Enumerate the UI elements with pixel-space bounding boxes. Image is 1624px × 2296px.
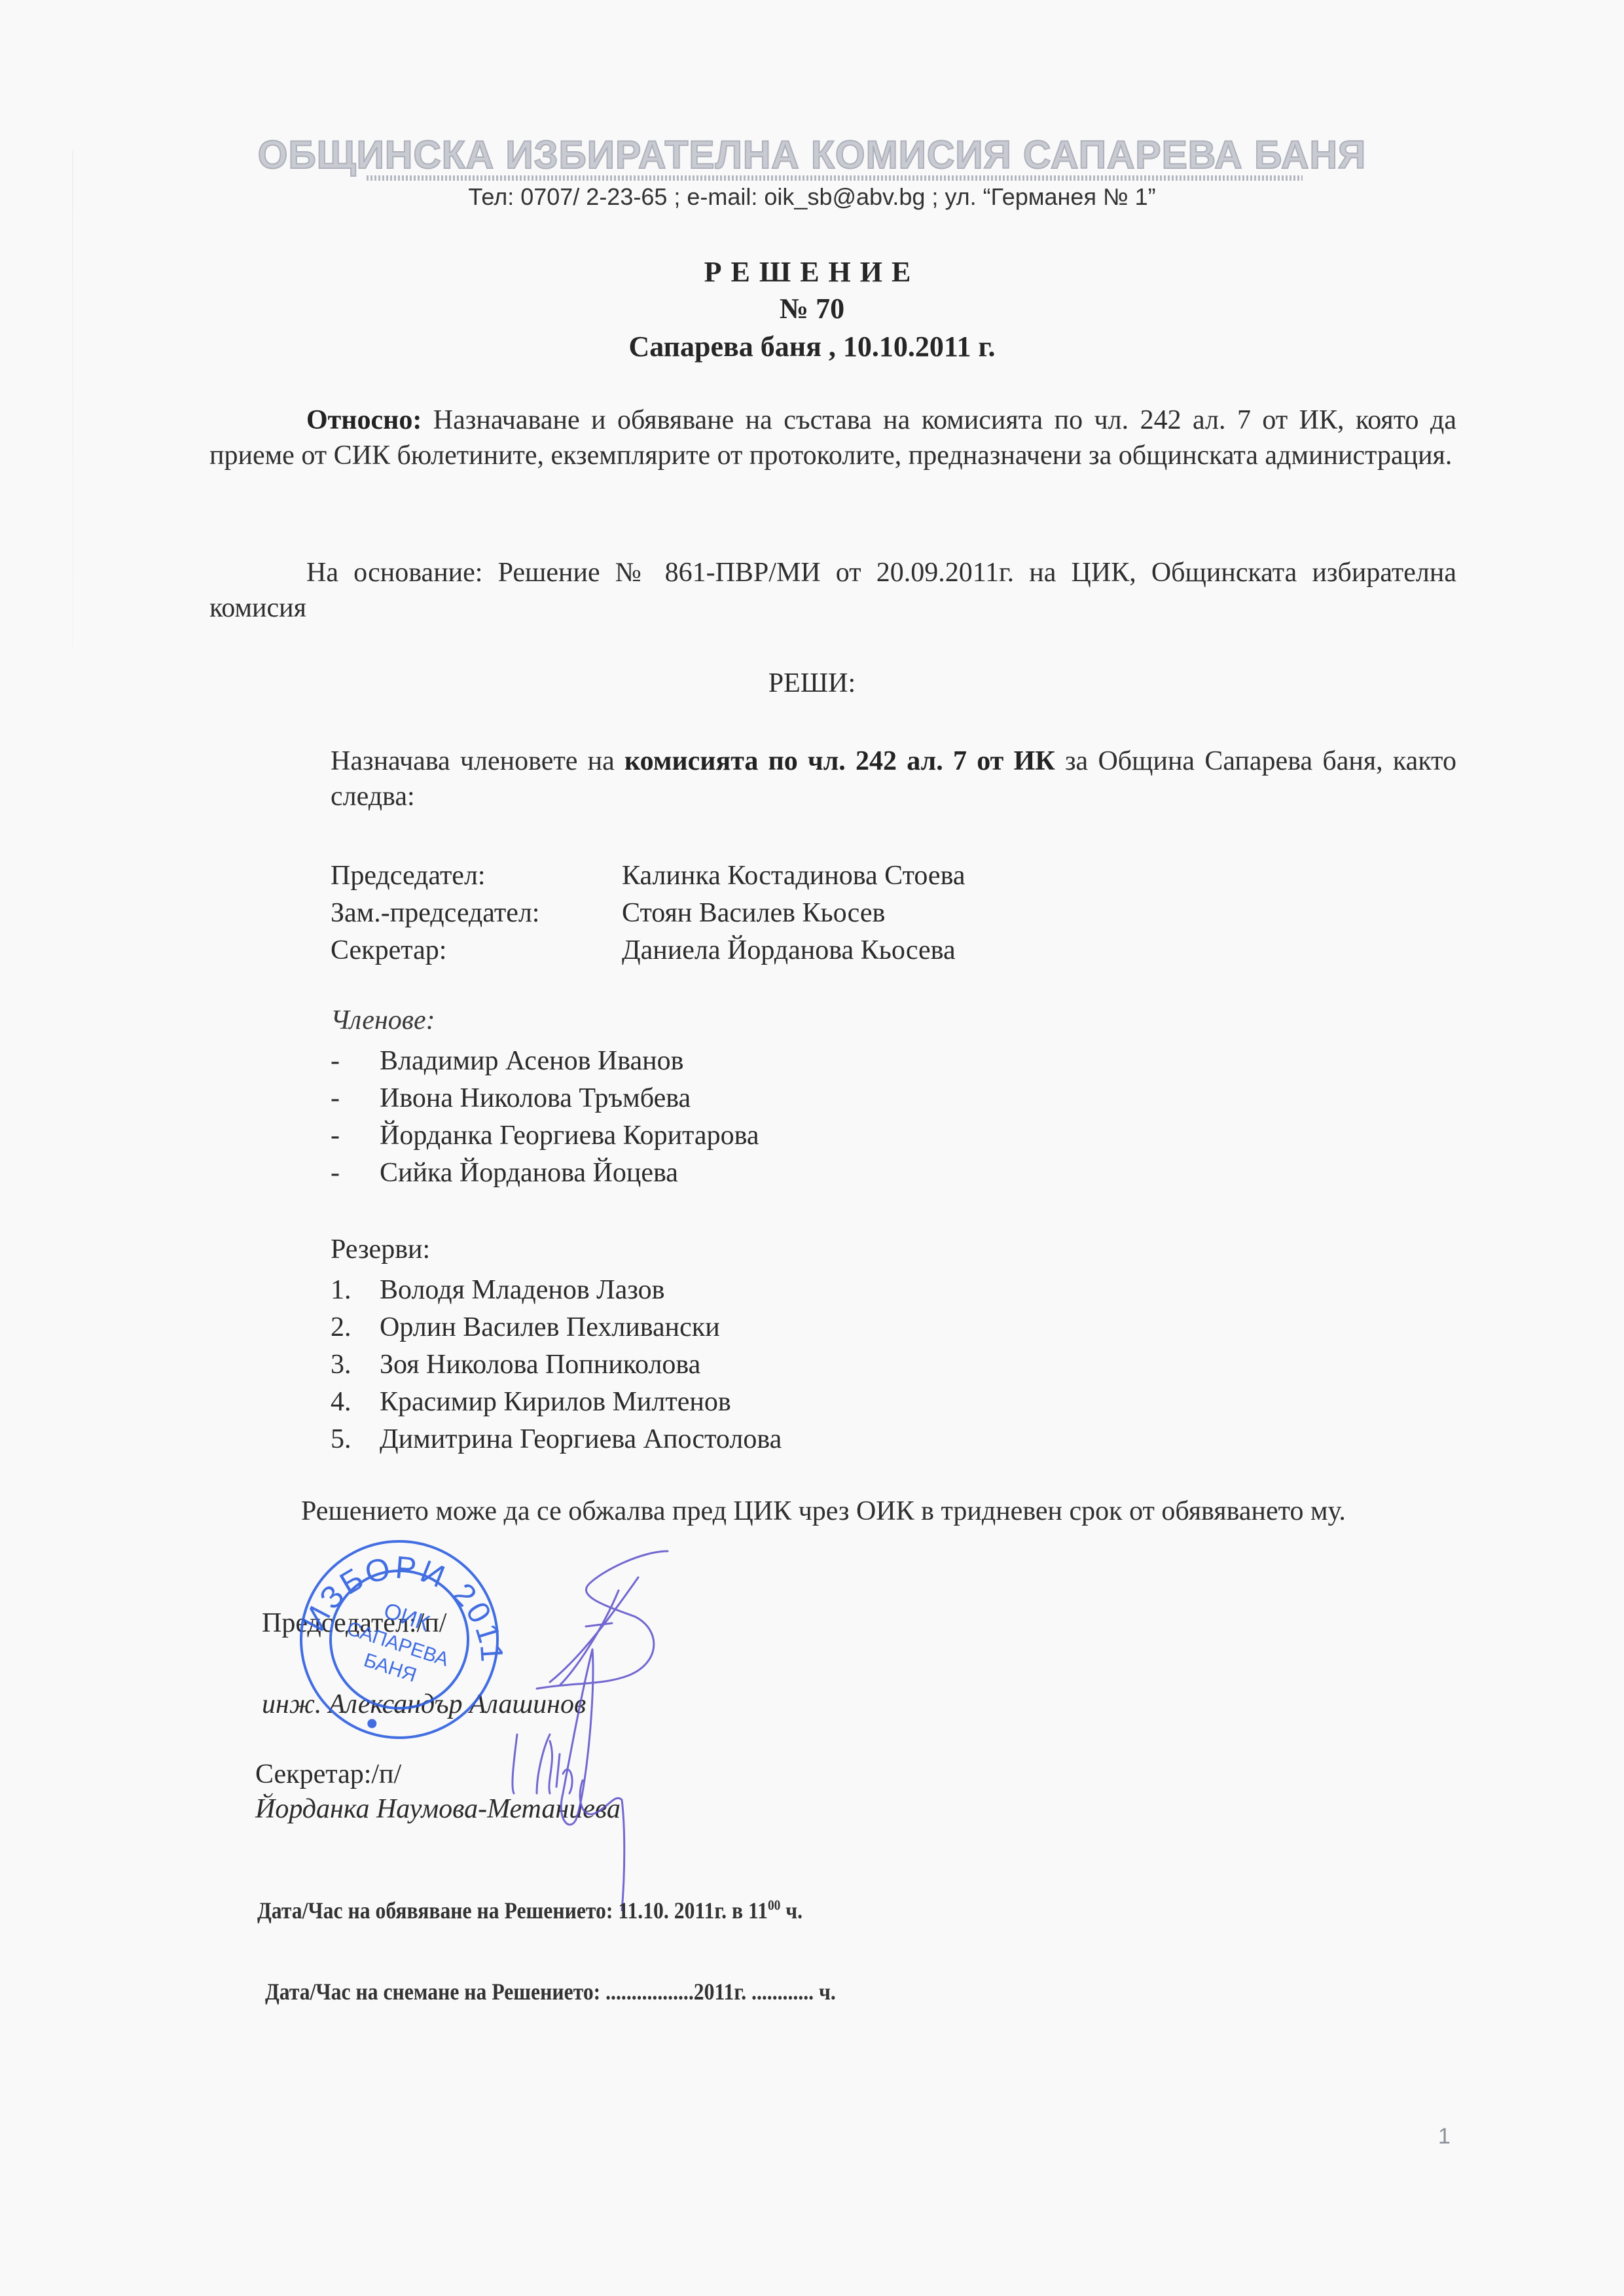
- reserve-name: Зоя Николова Попниколова: [380, 1346, 700, 1384]
- role-name: Калинка Костадинова Стоева: [622, 857, 965, 895]
- members-list: -Владимир Асенов Иванов -Ивона Николова …: [331, 1043, 759, 1192]
- member-name: Йорданка Георгиева Коритарова: [380, 1117, 759, 1155]
- role-label: Председател:: [331, 857, 622, 895]
- reserves-list: 1.Володя Младенов Лазов 2.Орлин Василев …: [331, 1272, 782, 1458]
- list-bullet: -: [331, 1117, 380, 1155]
- member-name: Владимир Асенов Иванов: [380, 1043, 683, 1080]
- list-item: -Владимир Асенов Иванов: [331, 1043, 759, 1080]
- scan-artifact: [72, 151, 73, 648]
- appeal-paragraph: Решението може да се обжалва пред ЦИК чр…: [209, 1494, 1456, 1529]
- list-item: -Ивона Николова Тръмбева: [331, 1080, 759, 1117]
- roles-table: Председател: Калинка Костадинова Стоева …: [331, 857, 965, 969]
- list-number: 2.: [331, 1309, 380, 1346]
- announcement-datetime: Дата/Час на обявяване на Решението: 11.1…: [257, 1897, 803, 1924]
- role-row-deputy: Зам.-председател: Стоян Василев Кьосев: [331, 895, 965, 932]
- list-item: -Сийка Йорданова Йоцева: [331, 1155, 759, 1192]
- member-name: Сийка Йорданова Йоцева: [380, 1155, 678, 1192]
- member-name: Ивона Николова Тръмбева: [380, 1080, 691, 1117]
- removal-datetime: Дата/Час на снемане на Решението: ......…: [265, 1978, 836, 2005]
- appoints-commission-ref: комисията по чл. 242 ал. 7 от ИК: [624, 746, 1055, 776]
- reserves-heading: Резерви:: [331, 1234, 430, 1265]
- letterhead-title: ОБЩИНСКА ИЗБИРАТЕЛНА КОМИСИЯ САПАРЕВА БА…: [16, 132, 1608, 177]
- handwritten-signature-icon: [511, 1545, 707, 1911]
- role-label: Секретар:: [331, 932, 622, 969]
- announcement-minutes: 00: [768, 1897, 780, 1913]
- role-name: Даниела Йорданова Кьосева: [622, 932, 956, 969]
- decision-heading: РЕШЕНИЕ: [0, 255, 1624, 289]
- decision-place-date: Сапарева баня , 10.10.2011 г.: [0, 330, 1624, 363]
- list-item: 3.Зоя Николова Попниколова: [331, 1346, 782, 1384]
- reserve-name: Димитрина Георгиева Апостолова: [380, 1421, 782, 1458]
- role-label: Зам.-председател:: [331, 895, 622, 932]
- list-item: 4.Красимир Кирилов Милтенов: [331, 1384, 782, 1421]
- subject-label: Относно:: [306, 405, 422, 435]
- appoints-paragraph: Назначава членовете на комисията по чл. …: [331, 744, 1456, 814]
- decision-number: № 70: [0, 292, 1624, 325]
- role-row-secretary: Секретар: Даниела Йорданова Кьосева: [331, 932, 965, 969]
- announcement-suffix: ч.: [780, 1897, 803, 1924]
- subject-paragraph: Относно: Назначаване и обявяване на съст…: [209, 403, 1456, 473]
- announcement-text: Дата/Час на обявяване на Решението: 11.1…: [257, 1897, 768, 1924]
- basis-paragraph: На основание: Решение № 861-ПВР/МИ от 20…: [209, 555, 1456, 626]
- list-bullet: -: [331, 1080, 380, 1117]
- resolved-heading: РЕШИ:: [0, 668, 1624, 699]
- page-number: 1: [1438, 2124, 1451, 2149]
- list-number: 1.: [331, 1272, 380, 1309]
- reserve-name: Орлин Василев Пехливански: [380, 1309, 720, 1346]
- list-bullet: -: [331, 1155, 380, 1192]
- letterhead-divider: [367, 175, 1303, 181]
- appoints-text-before: Назначава членовете на: [331, 746, 624, 776]
- reserve-name: Красимир Кирилов Милтенов: [380, 1384, 731, 1421]
- list-item: -Йорданка Георгиева Коритарова: [331, 1117, 759, 1155]
- reserve-name: Володя Младенов Лазов: [380, 1272, 664, 1309]
- list-number: 4.: [331, 1384, 380, 1421]
- list-item: 5.Димитрина Георгиева Апостолова: [331, 1421, 782, 1458]
- list-number: 3.: [331, 1346, 380, 1384]
- role-name: Стоян Василев Кьосев: [622, 895, 885, 932]
- list-bullet: -: [331, 1043, 380, 1080]
- list-item: 2.Орлин Василев Пехливански: [331, 1309, 782, 1346]
- list-item: 1.Володя Младенов Лазов: [331, 1272, 782, 1309]
- members-heading: Членове:: [331, 1005, 435, 1036]
- role-row-chair: Председател: Калинка Костадинова Стоева: [331, 857, 965, 895]
- list-number: 5.: [331, 1421, 380, 1458]
- official-stamp-icon: ИЗБОРИ 2011 ОИК САПАРЕВА БАНЯ: [288, 1532, 524, 1767]
- letterhead-contact: Тел: 0707/ 2-23-65 ; e-mail: oik_sb@abv.…: [0, 183, 1624, 211]
